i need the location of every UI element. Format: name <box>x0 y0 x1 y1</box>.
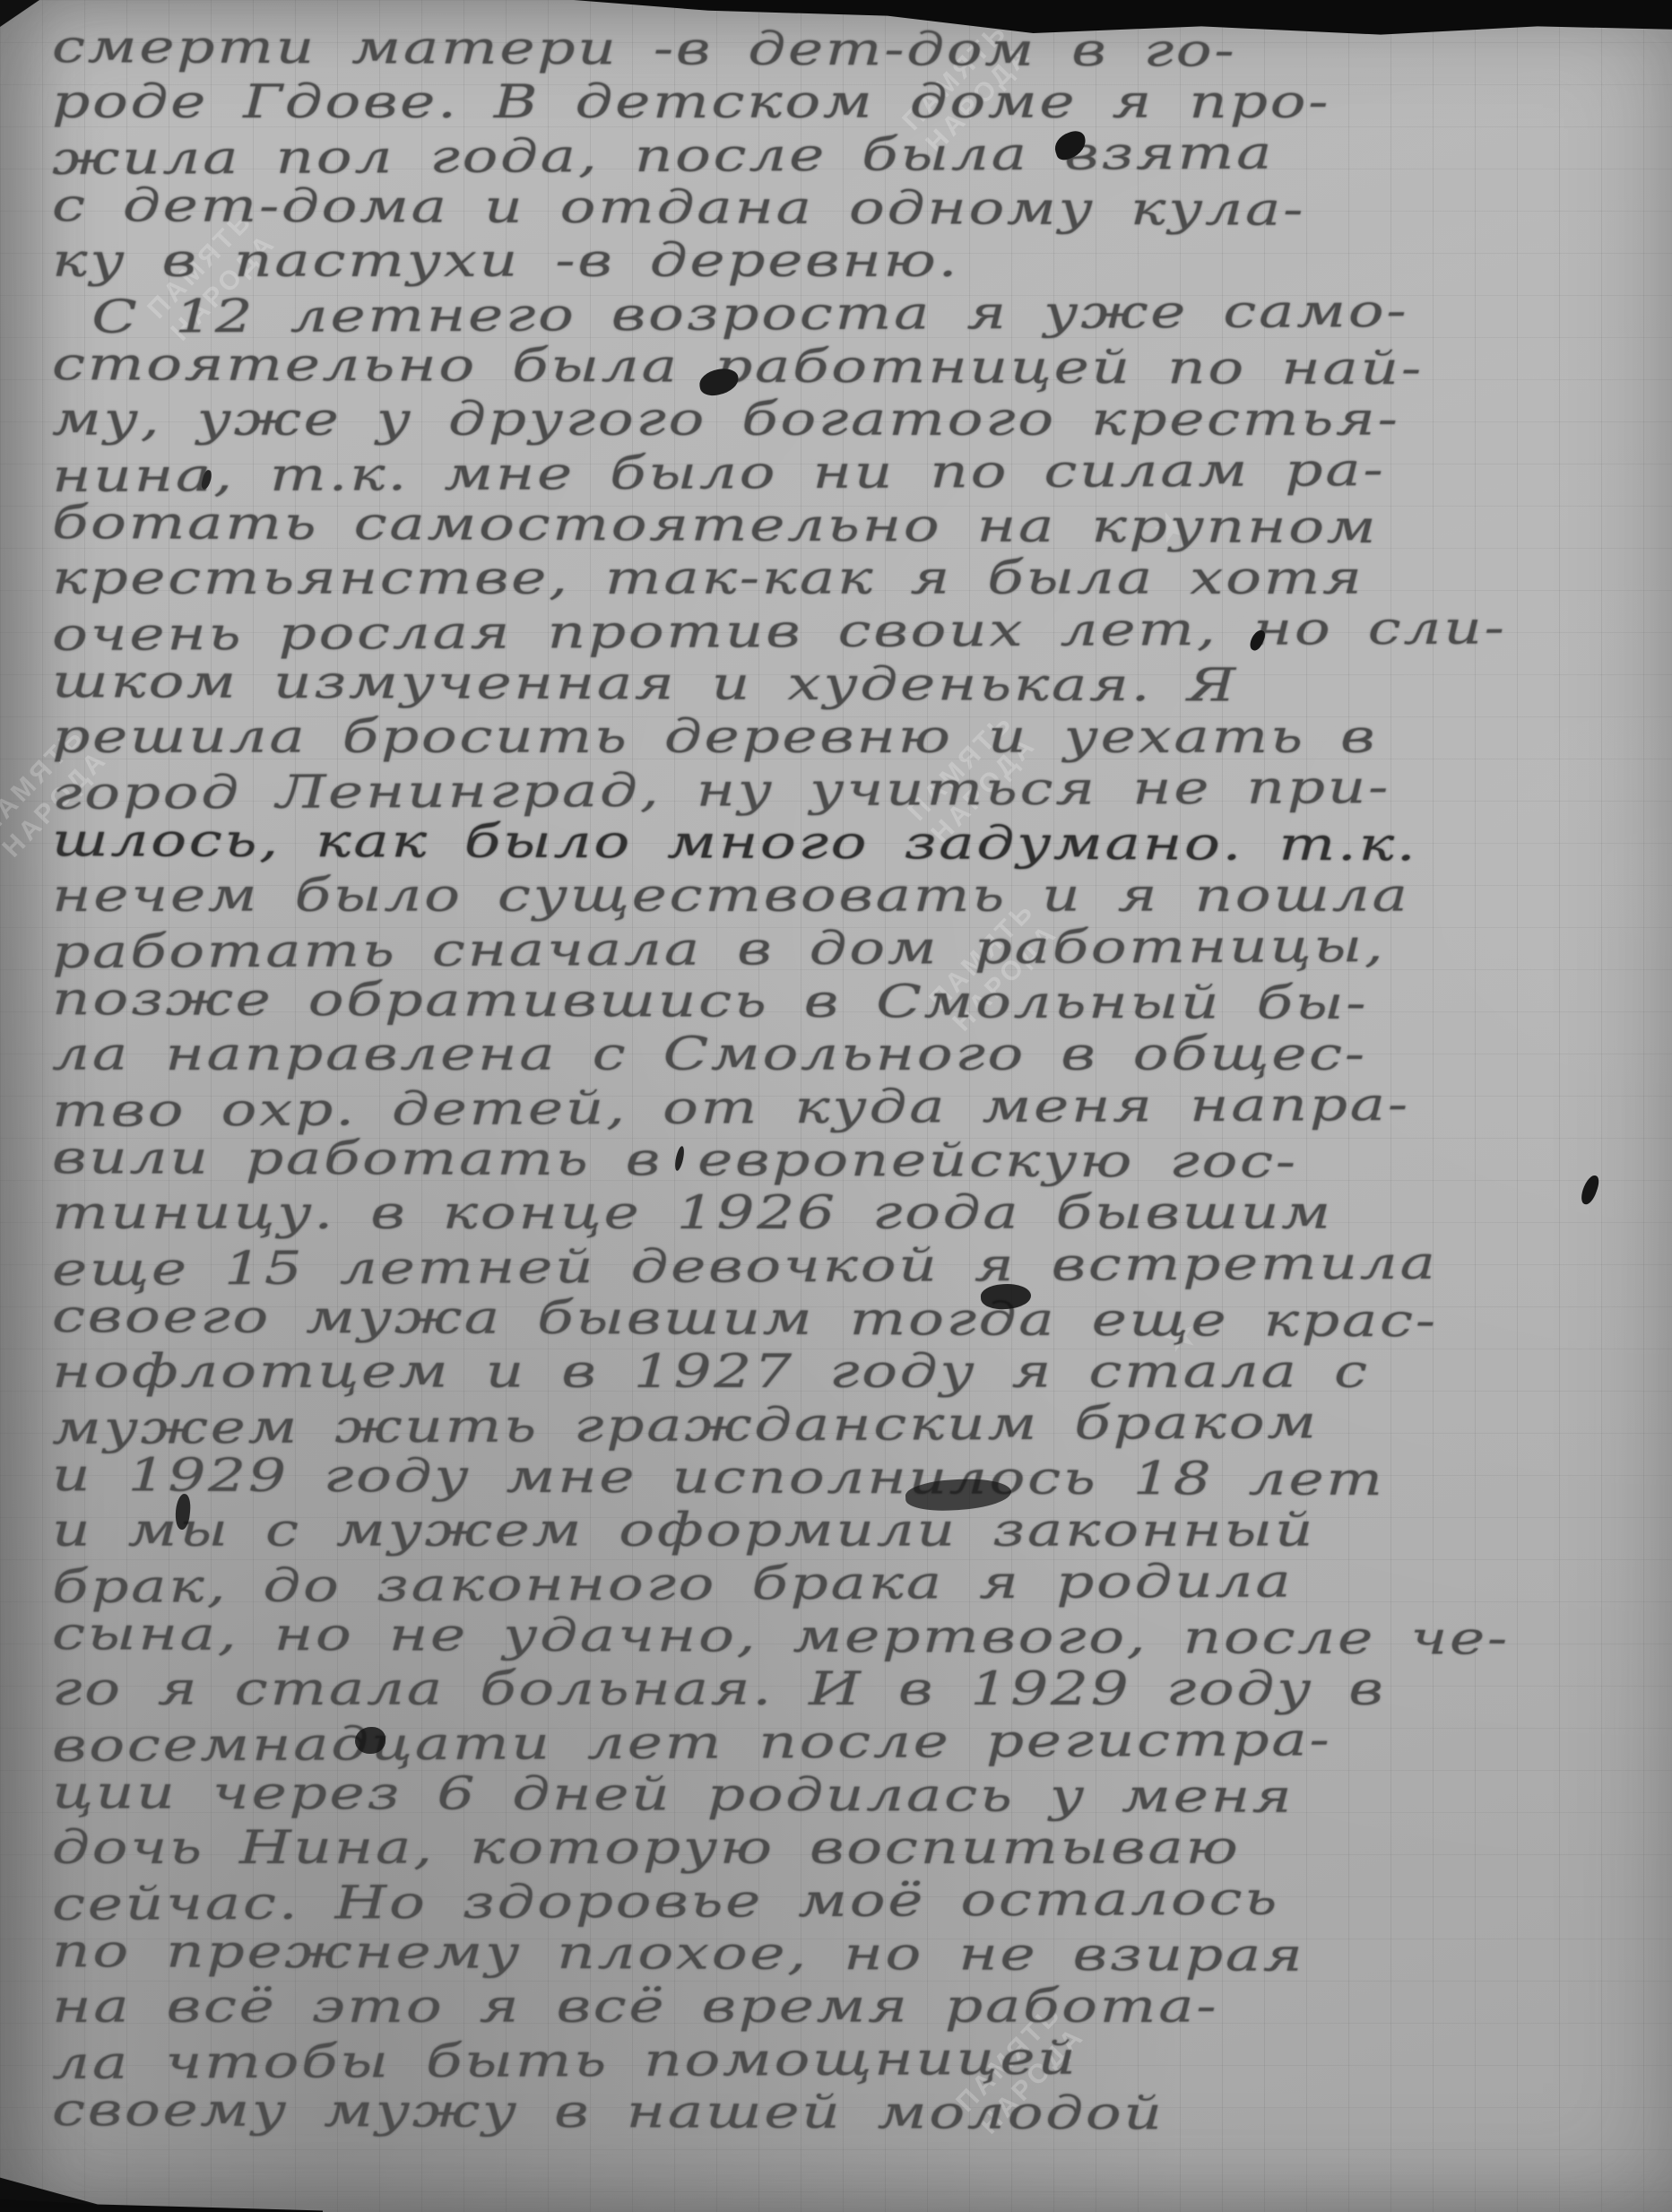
handwritten-line: ла направлена с Смольного в общес- <box>52 1028 1590 1081</box>
handwritten-line: жила пол года, после была взята <box>52 126 1590 186</box>
handwritten-line: позже обратившись в Смольный бы- <box>52 973 1590 1031</box>
handwritten-line: ла чтобы быть помощницей <box>52 2030 1590 2090</box>
handwritten-line: шком измученная и худенькая. Я <box>52 655 1590 714</box>
handwritten-line: ку в пастухи -в деревню. <box>52 235 1590 288</box>
handwritten-line: и мы с мужем оформили законный <box>52 1505 1590 1557</box>
handwritten-line: брак, до законного брака я родила <box>52 1554 1590 1614</box>
handwritten-line: стоятельно была работницей по най- <box>52 338 1590 396</box>
handwritten-line: му, уже у другого богатого крестья- <box>52 394 1590 447</box>
ink-blot <box>355 1727 386 1754</box>
handwritten-line: решила бросить деревню и уехать в <box>52 711 1590 764</box>
handwritten-line: сына, но не удачно, мертвого, после че- <box>52 1608 1590 1666</box>
handwritten-line: своего мужа бывшим тогда еще крас- <box>52 1290 1590 1349</box>
handwritten-line: роде Гдове. В детском доме я про- <box>52 76 1590 129</box>
handwritten-line: город Ленинград, ну учиться не при- <box>52 760 1590 820</box>
handwritten-line: работать сначала в дом работницы, <box>52 919 1590 979</box>
handwritten-line: с дет-дома и отдана одному кула- <box>52 179 1590 238</box>
handwritten-line: го я стала больная. И в 1929 году в <box>52 1663 1590 1716</box>
handwritten-line: вили работать в европейскую гос- <box>52 1132 1590 1190</box>
handwritten-line: тво охр. детей, от куда меня напра- <box>52 1078 1590 1138</box>
handwritten-line: на всё это я всё время работа- <box>52 1981 1590 2034</box>
handwritten-line: ботать самостоятельно на крупном <box>52 497 1590 555</box>
handwritten-line: по прежнему плохое, но не взирая <box>52 1925 1590 1983</box>
handwritten-line: шлось, как было много задумано. т.к. <box>52 814 1590 872</box>
handwritten-line: крестьянстве, так-как я была хотя <box>52 552 1590 605</box>
handwritten-text: смерти матери -в дет-дом в го- роде Гдов… <box>52 23 1590 2139</box>
handwritten-line: нина, т.к. мне было ни по силам ра- <box>52 443 1590 503</box>
handwritten-line: С 12 летнего возроста я уже само- <box>52 284 1590 344</box>
handwritten-line: своему мужу в нашей молодой <box>52 2084 1590 2142</box>
scanned-document-page: ПАМЯТЬ НАРОДА ПАМЯТЬ НАРОДА ПАМЯТЬ НАРОД… <box>0 0 1672 2212</box>
handwritten-line: тиницу. в конце 1926 года бывшим <box>52 1187 1590 1240</box>
handwritten-line: и 1929 году мне исполнилось 18 лет <box>52 1449 1590 1507</box>
handwritten-line: мужем жить гражданским браком <box>52 1395 1590 1455</box>
handwritten-line: очень рослая против своих лет, но сли- <box>52 602 1590 662</box>
handwritten-line: сейчас. Но здоровье моё осталось <box>52 1871 1590 1931</box>
handwritten-line: ции через 6 дней родилась у меня <box>52 1766 1590 1825</box>
handwritten-line: нечем было существовать и я пошла <box>52 870 1590 923</box>
handwritten-line: еще 15 летней девочкой я встретила <box>52 1236 1590 1297</box>
handwritten-line: восемнадцати лет после регистра- <box>52 1713 1590 1773</box>
handwritten-line: нофлотцем и в 1927 году я стала с <box>52 1346 1590 1399</box>
handwritten-line: дочь Нина, которую воспитываю <box>52 1822 1590 1875</box>
